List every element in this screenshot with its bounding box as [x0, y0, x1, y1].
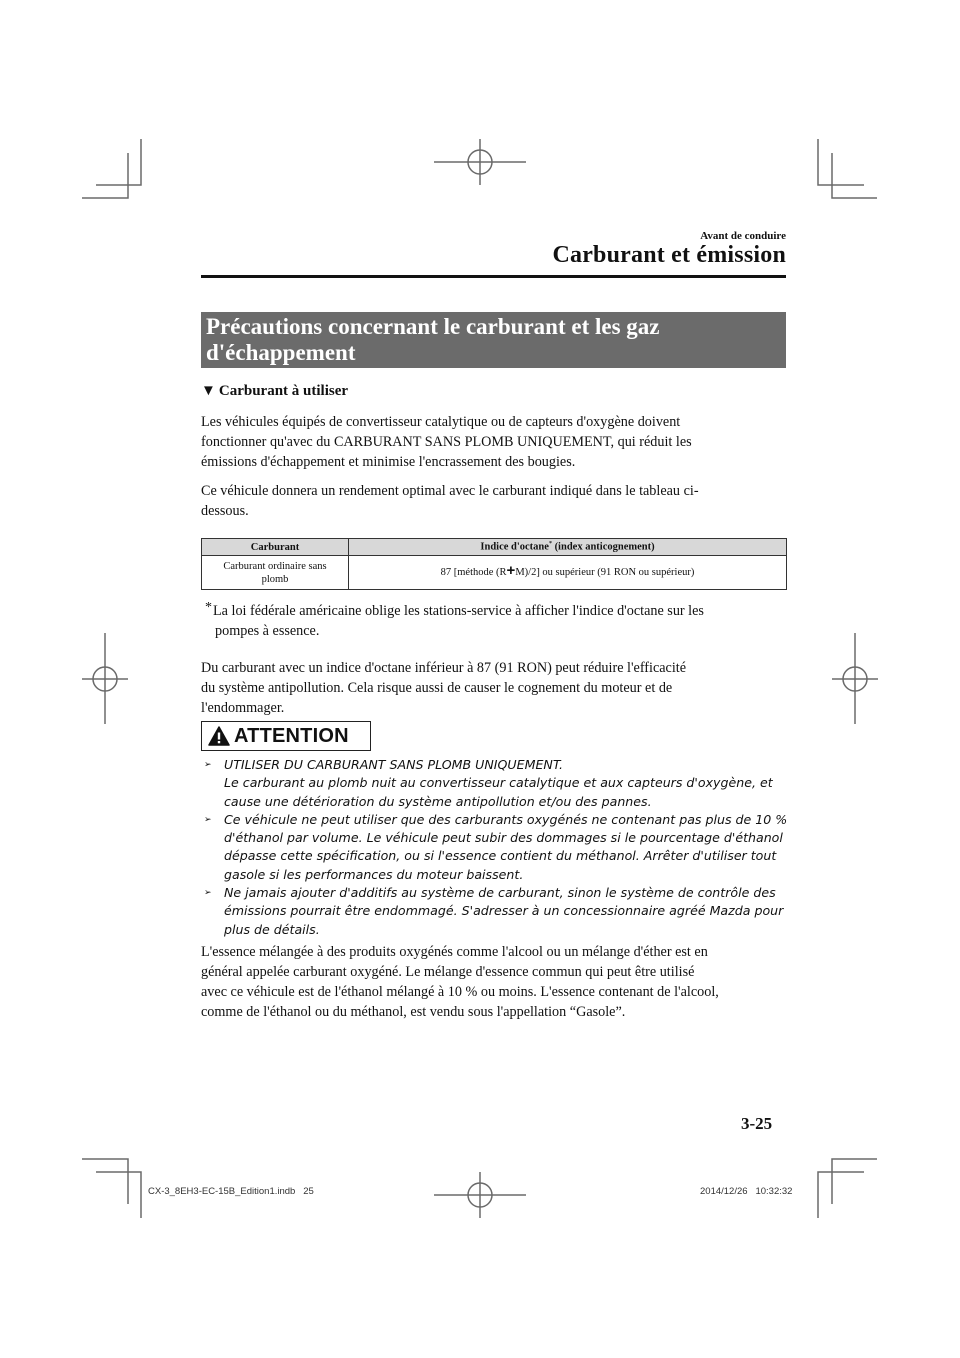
footnote-line-1: La loi fédérale américaine oblige les st… [213, 603, 704, 619]
registration-mark-top [434, 139, 526, 185]
table-row: Carburant ordinaire sansplomb 87 [méthod… [202, 556, 787, 590]
attention-label: ATTENTION [234, 725, 349, 748]
registration-mark-bottom [434, 1172, 526, 1218]
cell-octane-rating: 87 [méthode (R+M)/2] ou supérieur (91 RO… [349, 556, 787, 590]
attention-item-unleaded: ➢ UTILISER DU CARBURANT SANS PLOMB UNIQU… [201, 756, 791, 811]
arrow-bullet-icon: ➢ [204, 884, 212, 902]
attention-list: ➢ UTILISER DU CARBURANT SANS PLOMB UNIQU… [201, 756, 791, 939]
footnote-marker: * [205, 600, 212, 615]
registration-mark-left [82, 633, 128, 724]
running-header-title: Carburant et émission [552, 242, 786, 269]
crop-mark-top-left [82, 153, 128, 198]
attention-item-additives: ➢ Ne jamais ajouter d'additifs au systèm… [201, 884, 791, 939]
text-line: l'endommager. [201, 698, 791, 718]
crop-mark-bottom-right [832, 1159, 877, 1204]
warning-triangle-icon [208, 726, 230, 746]
text-line: Les véhicules équipés de convertisseur c… [201, 412, 791, 432]
print-slug-timestamp: 2014/12/26 10:32:32 [700, 1186, 792, 1197]
registration-mark-right [832, 633, 878, 724]
text-line: fonctionner qu'avec du CARBURANT SANS PL… [201, 432, 791, 452]
text-line: Ce véhicule ne peut utiliser que des car… [224, 811, 791, 829]
text-line: dépasse cette spécification, ou si l'ess… [224, 847, 791, 865]
paragraph-low-octane: Du carburant avec un indice d'octane inf… [201, 658, 791, 718]
arrow-bullet-icon: ➢ [204, 811, 212, 829]
footnote-line-2: pompes à essence. [205, 621, 785, 641]
text-line: avec ce véhicule est de l'éthanol mélang… [201, 982, 791, 1002]
text-line: émissions d'échappement et minimise l'en… [201, 452, 791, 472]
text-line: émissions pourrait être endommagé. S'adr… [224, 902, 791, 920]
print-slug-file: CX-3_8EH3-EC-15B_Edition1.indb 25 [148, 1186, 314, 1197]
header-rule [201, 275, 786, 278]
crop-mark-bottom-left [82, 1159, 128, 1204]
text-line: Ne jamais ajouter d'additifs au système … [224, 884, 791, 902]
fuel-table: Carburant Indice d'octane* (index antico… [201, 538, 787, 590]
crop-mark-top-left-inner [96, 139, 141, 185]
triangle-down-icon: ▼ [201, 383, 216, 399]
text-line: cause une détérioration du système antip… [224, 793, 791, 811]
section-title-line-2: d'échappement [206, 340, 786, 366]
text-line: Ce véhicule donnera un rendement optimal… [201, 481, 791, 501]
paragraph-oxygenated-fuel: L'essence mélangée à des produits oxygén… [201, 942, 791, 1022]
column-header-octane: Indice d'octane* (index anticognement) [349, 539, 787, 556]
text-line: Le carburant au plomb nuit au convertiss… [224, 774, 791, 792]
subsection-title: Carburant à utiliser [219, 383, 348, 399]
text-line: comme de l'éthanol ou du méthanol, est v… [201, 1002, 791, 1022]
paragraph-catalytic: Les véhicules équipés de convertisseur c… [201, 412, 791, 472]
text-line: du système antipollution. Cela risque au… [201, 678, 791, 698]
page-number: 3-25 [741, 1114, 772, 1134]
text-line: Du carburant avec un indice d'octane inf… [201, 658, 791, 678]
crop-mark-top-right [818, 139, 864, 185]
section-title-line-1: Précautions concernant le carburant et l… [206, 314, 786, 340]
arrow-bullet-icon: ➢ [204, 756, 212, 774]
text-line: d'éthanol par volume. Le véhicule peut s… [224, 829, 791, 847]
paragraph-performance: Ce véhicule donnera un rendement optimal… [201, 481, 791, 521]
attention-item-ethanol: ➢ Ce véhicule ne peut utiliser que des c… [201, 811, 791, 884]
subsection-heading: ▼Carburant à utiliser [201, 383, 348, 400]
crop-mark-bottom-left-inner [96, 1172, 141, 1218]
text-line: plus de détails. [224, 921, 791, 939]
crop-mark-bottom-right-inner [818, 1172, 864, 1218]
attention-label-box: ATTENTION [201, 721, 371, 751]
column-header-fuel: Carburant [202, 539, 349, 556]
table-header-row: Carburant Indice d'octane* (index antico… [202, 539, 787, 556]
crop-mark-top-right-inner [832, 153, 877, 198]
text-line: gasole si les performances du moteur bai… [224, 866, 791, 884]
footnote: *La loi fédérale américaine oblige les s… [205, 598, 785, 641]
text-line: UTILISER DU CARBURANT SANS PLOMB UNIQUEM… [224, 756, 791, 774]
text-line: général appelée carburant oxygéné. Le mé… [201, 962, 791, 982]
cell-fuel-type: Carburant ordinaire sansplomb [202, 556, 349, 590]
text-line: L'essence mélangée à des produits oxygén… [201, 942, 791, 962]
text-line: dessous. [201, 501, 791, 521]
section-title-banner: Précautions concernant le carburant et l… [201, 312, 786, 368]
running-header-chapter: Avant de conduire [700, 230, 786, 242]
